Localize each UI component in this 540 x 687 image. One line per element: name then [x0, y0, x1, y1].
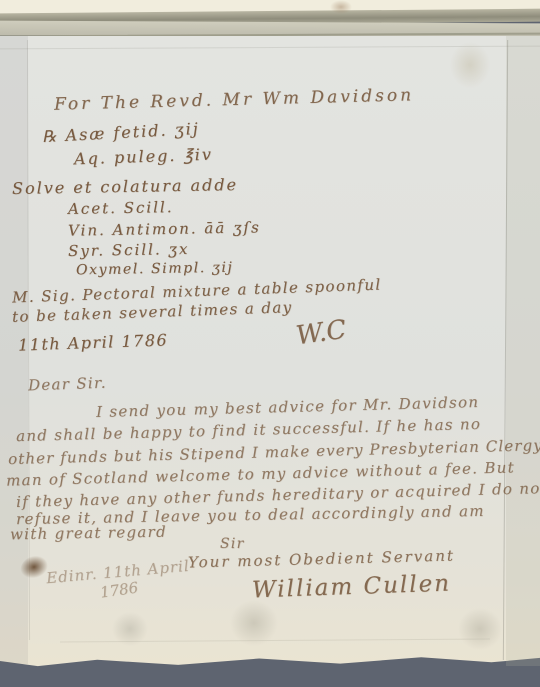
rx-line-7: Oxymel. Simpl. ʒij — [76, 260, 234, 279]
ink-smudge — [330, 0, 352, 14]
manuscript-scan: For The Revd. Mr Wm Davidson ℞ Asæ fetid… — [0, 0, 540, 687]
rx-line-6: Syr. Scill. ʒx — [68, 240, 190, 260]
foxing-spot — [458, 608, 502, 650]
paper-fold-shade — [506, 36, 540, 666]
rx-line-4: Acet. Scill. — [68, 198, 174, 218]
closing-sir: Sir — [220, 536, 245, 552]
seal-mark — [450, 42, 490, 88]
body-line-7: with great regard — [10, 523, 167, 544]
foxing-spot — [230, 600, 278, 646]
salutation-line: Dear Sir. — [28, 374, 107, 395]
rx-line-5: Vin. Antimon. āā ʒſs — [68, 218, 261, 239]
rx-line-3: Solve et colatura adde — [12, 175, 238, 198]
foxing-spot — [112, 612, 148, 646]
